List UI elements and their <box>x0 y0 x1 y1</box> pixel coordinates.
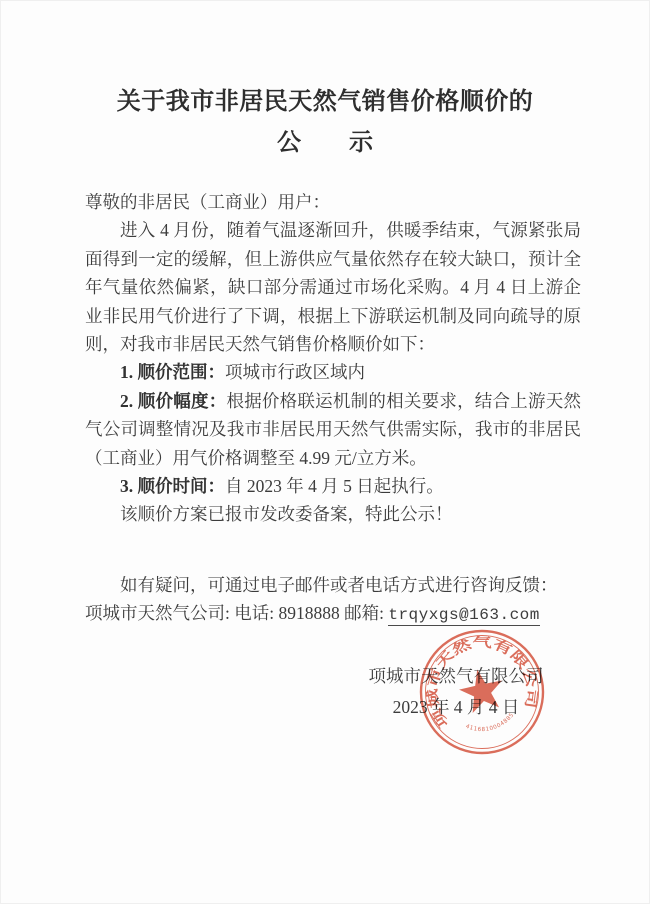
item3-line: 3. 顺价时间：自 2023 年 4 月 5 日起执行。 <box>85 472 581 500</box>
contact-intro-line: 如有疑问，可通过电子邮件或者电话方式进行咨询反馈： <box>85 571 581 599</box>
item1-label: 1. 顺价范围： <box>120 362 225 382</box>
item3-label: 3. 顺价时间： <box>120 476 225 496</box>
notice-page: 关于我市非居民天然气销售价格顺价的 公 示 尊敬的非居民（工商业）用户： 进入 … <box>0 0 650 904</box>
contact-prefix: 项城市天然气公司: 电话: 8918888 邮箱: <box>85 603 388 623</box>
item3-text: 自 2023 年 4 月 5 日起执行。 <box>225 476 444 496</box>
closing-line: 该顺价方案已报市发改委备案，特此公示！ <box>85 500 581 528</box>
contact-email: trqyxgs@163.com <box>388 606 540 626</box>
item1-text: 项城市行政区域内 <box>225 362 365 382</box>
contact-line: 项城市天然气公司: 电话: 8918888 邮箱: trqyxgs@163.co… <box>85 599 581 629</box>
item2-line: 2. 顺价幅度：根据价格联运机制的相关要求，结合上游天然气公司调整情况及我市非居… <box>85 387 581 472</box>
notice-body: 尊敬的非居民（工商业）用户： 进入 4 月份，随着气温逐渐回升，供暖季结束，气源… <box>85 188 581 630</box>
notice-title: 关于我市非居民天然气销售价格顺价的 <box>1 81 649 116</box>
intro-paragraph: 进入 4 月份，随着气温逐渐回升，供暖季结束，气源紧张局面得到一定的缓解，但上游… <box>85 216 581 358</box>
greeting-line: 尊敬的非居民（工商业）用户： <box>85 188 581 216</box>
signature-block: 项城市天然气有限公司 2023 年 4 月 4 日 <box>331 661 581 723</box>
signature-company: 项城市天然气有限公司 <box>331 661 581 692</box>
item2-label: 2. 顺价幅度： <box>120 391 226 411</box>
notice-subtitle: 公 示 <box>1 122 649 157</box>
item1-line: 1. 顺价范围：项城市行政区域内 <box>85 358 581 386</box>
signature-date: 2023 年 4 月 4 日 <box>331 692 581 723</box>
